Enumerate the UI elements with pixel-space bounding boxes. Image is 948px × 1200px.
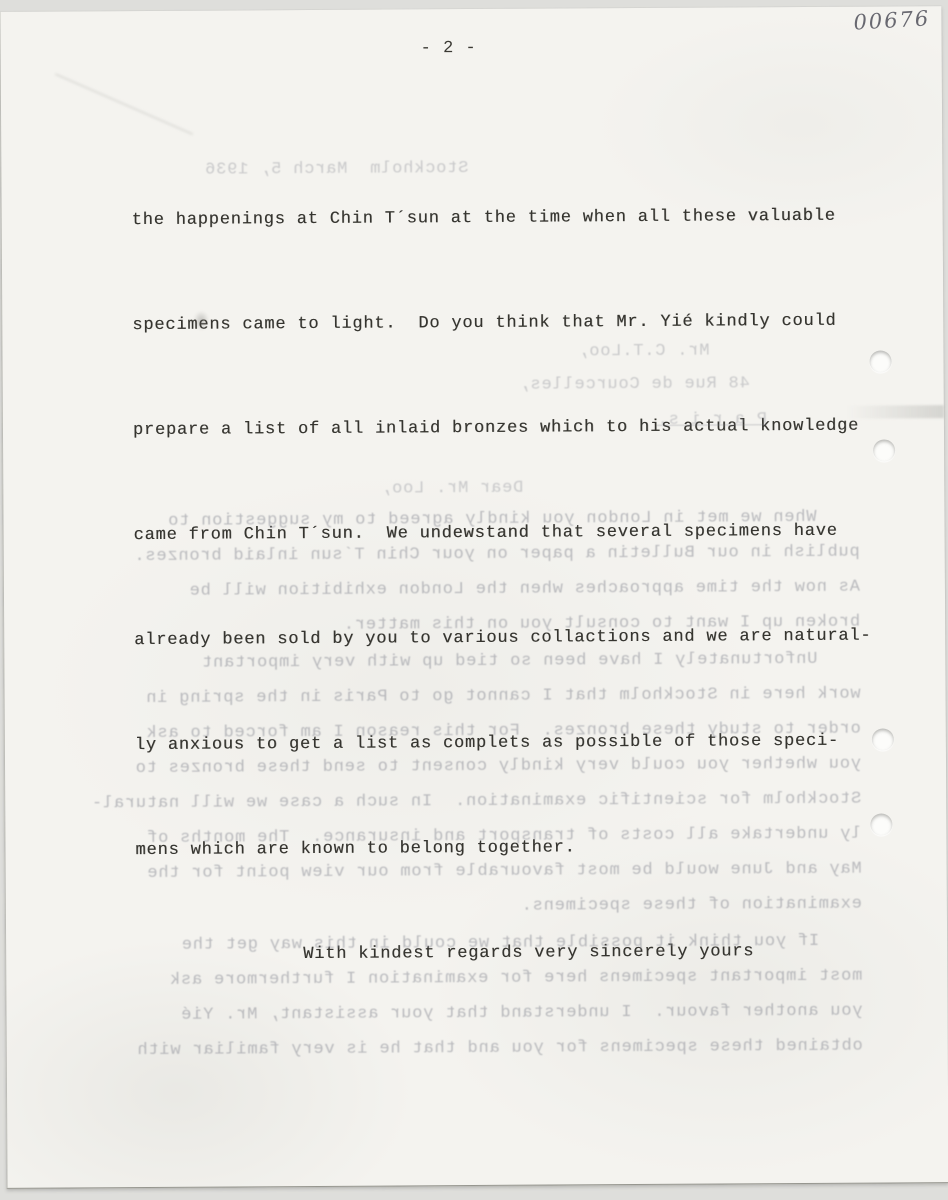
scanned-letter-page: - 2 - 00676 the happenings at Chin T´sun… [0, 6, 948, 1189]
hole-punch [873, 439, 895, 461]
letter-line: specimens came to light. Do you think th… [132, 303, 892, 343]
letter-body: the happenings at Chin T´sun at the time… [131, 128, 897, 1043]
letter-line: came from Chin T´sun. We undewstand that… [134, 513, 894, 553]
page-number: - 2 - [421, 39, 477, 58]
letter-line: mens which are known to belong together. [135, 828, 895, 868]
letter-line: prepare a list of all inlaid bronzes whi… [133, 408, 893, 448]
paper-crease [55, 73, 193, 135]
hole-punch [869, 350, 891, 372]
ink-smudge [193, 311, 209, 331]
hole-punch [870, 813, 892, 835]
scan-streak [846, 405, 944, 419]
letter-line: the happenings at Chin T´sun at the time… [132, 198, 892, 238]
letter-line: already been sold by you to various coll… [134, 618, 894, 658]
archive-number-stamp: 00676 [853, 6, 931, 34]
letter-line: ly anxious to get a list as complets as … [135, 723, 895, 763]
hole-punch [872, 728, 894, 750]
letter-closing-line: With kindest regards very sincerely your… [303, 933, 896, 972]
